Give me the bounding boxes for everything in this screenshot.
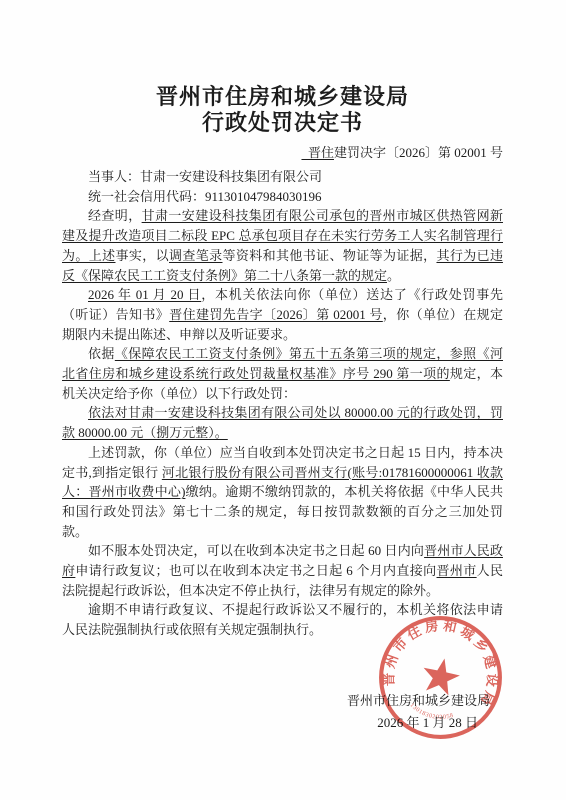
text-run: 统一社会信用代码：911301047984030196 [88,189,322,204]
body-paragraphs: 经查明，甘肃一安建设科技集团有限公司承包的晋州市城区供热管网新建及提升改造项目二… [62,206,503,639]
scan-page: 晋州市住房和城乡建设局 行政处罚决定书 晋住建罚决字〔2026〕第 02001 … [0,0,566,800]
seal-star-icon [419,655,463,697]
paragraph-payment-instructions: 上述罚款，你（单位）应当自收到本处罚决定书之日起 15 日内，持本决定书,到指定… [62,443,503,542]
seal-code-text: 1301830202058 [407,702,456,725]
text-run: 建罚决字〔2026〕第 02001 号 [334,145,503,160]
underlined-text: 《保障农民工工资支付条例》第五十五条第三项的规定，参照《河北省住房和城乡建设系统… [62,346,503,381]
document-number: 晋住建罚决字〔2026〕第 02001 号 [62,144,503,161]
text-run: 依据 [88,346,115,361]
underlined-text: 晋州市 [437,563,477,578]
document-title-line2: 行政处罚决定书 [62,110,503,136]
paragraph-findings: 经查明，甘肃一安建设科技集团有限公司承包的晋州市城区供热管网新建及提升改造项目二… [62,206,503,285]
official-seal-stamp: 晋州市住房和城乡建设局 1301830202058 [365,602,516,753]
underlined-text: 晋住 [301,145,334,160]
text-run: 如不服本处罚决定，可以在收到本决定书之日起 60 日内向 [88,543,424,558]
svg-text:1301830202058: 1301830202058 [407,702,456,725]
underlined-text: 2026 年 01 月 20 日 [88,287,201,302]
paragraph-legal-basis: 依据《保障农民工工资支付条例》第五十五条第三项的规定，参照《河北省住房和城乡建设… [62,344,503,403]
underlined-text: 调查笔录 [169,248,223,263]
paragraph-prior-notice: 2026 年 01 月 20 日，本机关依法向你（单位）送达了《行政处罚事先（听… [62,285,503,344]
paragraph-appeal-rights: 如不服本处罚决定，可以在收到本决定书之日起 60 日内向晋州市人民政府申请行政复… [62,541,503,600]
party-line-credit-code: 统一社会信用代码：911301047984030196 [62,187,503,207]
document-title-line1: 晋州市住房和城乡建设局 [62,84,503,110]
text-run: 经查明， [88,208,142,223]
underlined-text: 依法对甘肃一安建设科技集团有限公司处以 80000.00 元的行政处罚，罚款 8… [62,405,503,440]
text-run: 。 [387,268,400,283]
text-run: 等资料和其他书证、物证等为证据， [223,248,437,263]
underlined-text: 晋住建罚先告字〔2026〕第 02001 号 [169,307,383,322]
party-line-name: 当事人：甘肃一安建设科技集团有限公司 [62,167,503,187]
text-run: 事实，以 [116,248,170,263]
party-block: 当事人：甘肃一安建设科技集团有限公司 统一社会信用代码：911301047984… [62,167,503,206]
paragraph-penalty-decision: 依法对甘肃一安建设科技集团有限公司处以 80000.00 元的行政处罚，罚款 8… [62,403,503,442]
text-run: 当事人：甘肃一安建设科技集团有限公司 [88,169,322,184]
text-run: 申请行政复议；也可以在收到本决定书之日起 6 个月内直接向 [75,563,436,578]
